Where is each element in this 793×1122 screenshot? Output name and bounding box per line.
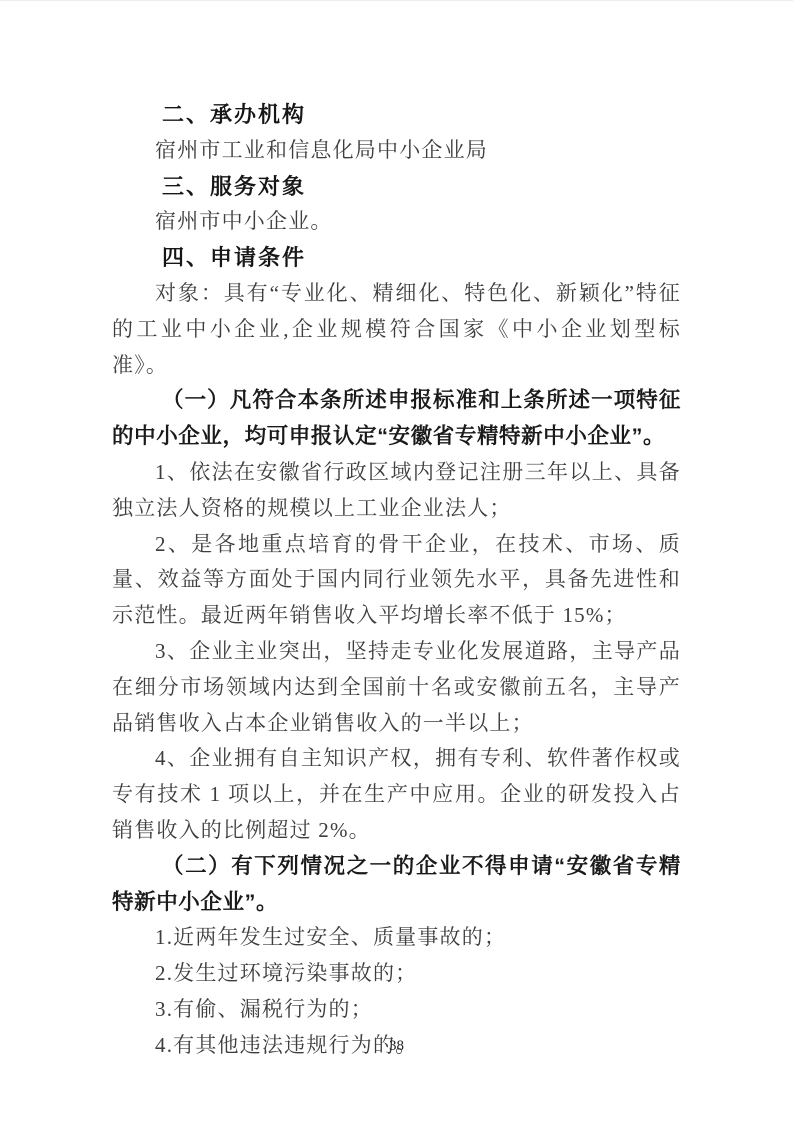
para-target-description: 对象：具有“专业化、精细化、特色化、新颖化”特征的工业中小企业,企业规模符合国家… <box>112 276 681 383</box>
condition-item-2: 2、是各地重点培育的骨干企业，在技术、市场、质量、效益等方面处于国内同行业领先水… <box>112 527 681 634</box>
exclusion-item-2: 2.发生过环境污染事故的； <box>112 956 681 992</box>
document-content: 二、承办机构 宿州市工业和信息化局中小企业局 三、服务对象 宿州市中小企业。 四… <box>112 97 681 1064</box>
exclusion-item-3: 3.有偷、漏税行为的； <box>112 992 681 1028</box>
page-number: 38 <box>0 1038 793 1055</box>
clause-2-exclusions: （二）有下列情况之一的企业不得申请“安徽省专精特新中小企业”。 <box>112 849 681 921</box>
clause-1-eligibility: （一）凡符合本条所述申报标准和上条所述一项特征的中小企业，均可申报认定“安徽省专… <box>112 383 681 455</box>
heading-section-3-service-target: 三、服务对象 <box>112 169 681 205</box>
heading-section-2-organizer: 二、承办机构 <box>112 97 681 133</box>
condition-item-1: 1、依法在安徽省行政区域内登记注册三年以上、具备独立法人资格的规模以上工业企业法… <box>112 455 681 527</box>
condition-item-3: 3、企业主业突出，坚持走专业化发展道路，主导产品在细分市场领域内达到全国前十名或… <box>112 634 681 741</box>
document-page: 二、承办机构 宿州市工业和信息化局中小企业局 三、服务对象 宿州市中小企业。 四… <box>0 0 793 1122</box>
para-organizer-name: 宿州市工业和信息化局中小企业局 <box>112 133 681 169</box>
para-service-target: 宿州市中小企业。 <box>112 204 681 240</box>
condition-item-4: 4、企业拥有自主知识产权，拥有专利、软件著作权或专有技术 1 项以上，并在生产中… <box>112 741 681 848</box>
heading-section-4-application-conditions: 四、申请条件 <box>112 240 681 276</box>
exclusion-item-1: 1.近两年发生过安全、质量事故的； <box>112 920 681 956</box>
